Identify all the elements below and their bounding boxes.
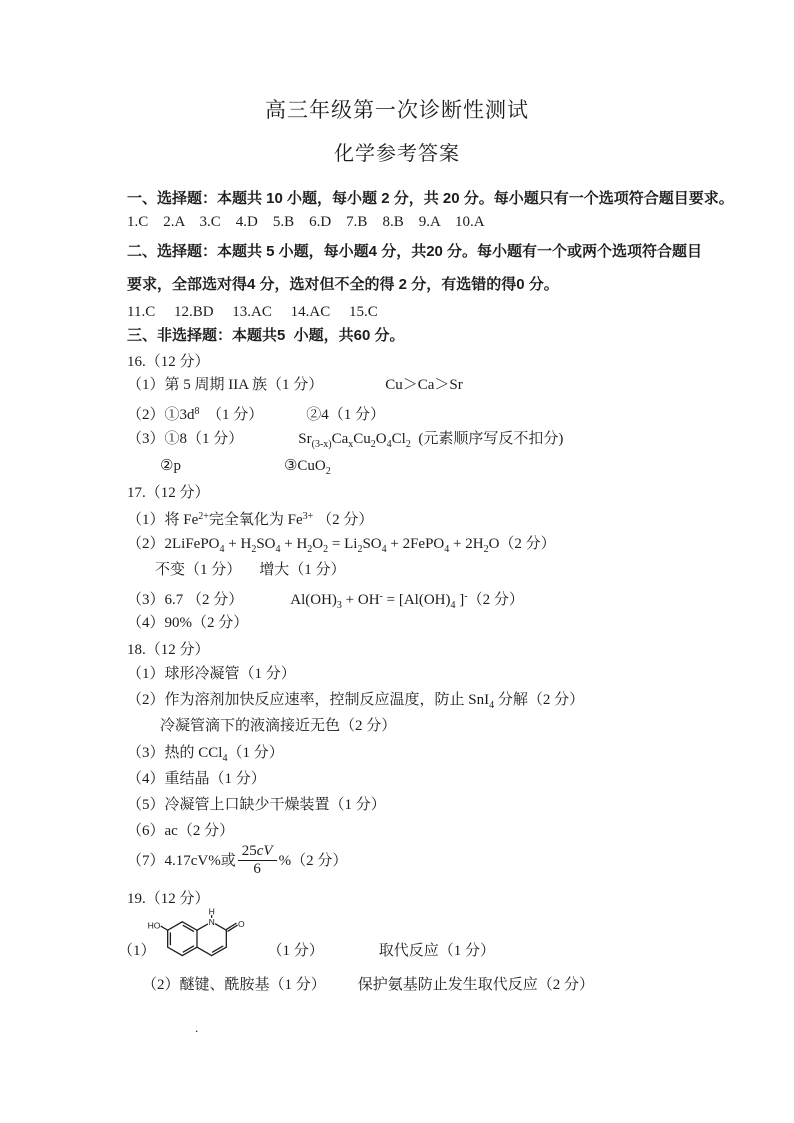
q16-number: 16.（12 分） [127, 352, 210, 372]
nitrogen-label: N [209, 917, 215, 927]
stray-dot: . [195, 1020, 198, 1036]
q17-ans-4-left: （3）6.7 （2 分） [127, 590, 243, 610]
q18-ans-7: （7）4.17cV%或25cV6%（2 分） [127, 843, 347, 879]
q17-ans-2-equation: （2）2LiFePO4 + H2SO4 + H2O2 = Li2SO4 + 2F… [127, 534, 556, 560]
q18-line7: （6）ac（2 分） [127, 821, 234, 841]
q18-line1: （1）球形冷凝管（1 分） [127, 664, 296, 684]
q16-ans-4-right: ③CuO2 [284, 456, 331, 482]
q18-line6: （5）冷凝管上口缺少干燥装置（1 分） [127, 795, 386, 815]
q19-ans-2-left: （2）醚键、酰胺基（1 分） [142, 975, 326, 995]
section2-heading-line1: 二、选择题：本题共 5 小题，每小题4 分，共20 分。每小题有一个或两个选项符… [127, 242, 702, 262]
oxygen-label: O [238, 919, 245, 929]
q16-line1: （1）第 5 周期 IIA 族（1 分）Cu＞Ca＞Sr [127, 375, 463, 395]
q17-line4: （3）6.7 （2 分）Al(OH)3 + OH- = [Al(OH)4 ]-（… [127, 587, 524, 616]
q17-line1: （1）将 Fe2+完全氧化为 Fe3+ （2 分） [127, 507, 373, 530]
q17-ans-4-right: Al(OH)3 + OH- = [Al(OH)4 ]-（2 分） [290, 587, 524, 616]
section1-heading: 一、选择题：本题共 10 小题，每小题 2 分，共 20 分。每小题只有一个选项… [127, 189, 734, 209]
section2-answers: 11.C 12.BD 13.AC 14.AC 15.C [127, 302, 378, 322]
q19-line2: （2）醚键、酰胺基（1 分）保护氨基防止发生取代反应（2 分） [142, 975, 594, 995]
q18-line2: （2）作为溶剂加快反应速率，控制反应温度，防止 SnI4 分解（2 分） [127, 690, 584, 716]
q16-ans-3-right: Sr(3-x)CaxCu2O4Cl2 (元素顺序写反不扣分) [298, 429, 563, 455]
q18-ans-4: （3）热的 CCl4（1 分） [127, 743, 284, 769]
q17-ans-1: （1）将 Fe2+完全氧化为 Fe3+ （2 分） [127, 507, 373, 530]
q19-ans-1-right: 取代反应（1 分） [379, 941, 495, 961]
hydroxyl-label: HO [148, 921, 161, 931]
q19-ans-2-right: 保护氨基防止发生取代反应（2 分） [358, 975, 594, 995]
q19-ans-1-num: （1） [118, 941, 156, 961]
q16-line2: （2）①3d8 （1 分）②4（1 分） [127, 402, 385, 425]
q16-ans-4-left: ②p [160, 456, 181, 476]
answer-sheet-page: 高三年级第一次诊断性测试 化学参考答案 一、选择题：本题共 10 小题，每小题 … [0, 0, 794, 1123]
q17-line2: （2）2LiFePO4 + H2SO4 + H2O2 = Li2SO4 + 2F… [127, 534, 556, 560]
q18-line8: （7）4.17cV%或25cV6%（2 分） [127, 843, 347, 879]
q18-number: 18.（12 分） [127, 640, 210, 660]
q18-line4: （3）热的 CCl4（1 分） [127, 743, 284, 769]
q19-ans-1-score: （1 分） [268, 941, 324, 961]
q17-number: 17.（12 分） [127, 483, 210, 503]
page-subtitle: 化学参考答案 [0, 144, 794, 164]
q17-line5: （4）90%（2 分） [127, 613, 248, 633]
section3-heading: 三、非选择题：本题共5 小题，共60 分。 [127, 326, 405, 346]
q16-line4: ②p③CuO2 [160, 456, 331, 482]
q16-ans-2-left: （2）①3d8 （1 分） [127, 402, 263, 425]
q16-ans-2-right: ②4（1 分） [306, 405, 385, 425]
q18-line5: （4）重结晶（1 分） [127, 769, 266, 789]
q17-ans-3-left: 不变（1 分） [155, 560, 241, 580]
q16-ans-1-right: Cu＞Ca＞Sr [385, 375, 463, 395]
q19-line1: （1）（1 分）取代反应（1 分） [118, 941, 495, 961]
q17-ans-3-right: 增大（1 分） [259, 560, 345, 580]
page-title: 高三年级第一次诊断性测试 [0, 100, 794, 120]
section2-heading-line2: 要求，全部选对得4 分，选对但不全的得 2 分，有选错的得0 分。 [127, 275, 559, 295]
section1-answers: 1.C 2.A 3.C 4.D 5.B 6.D 7.B 8.B 9.A 10.A [127, 212, 485, 232]
nh-hydrogen-label: H [209, 906, 215, 916]
q16-ans-3-left: （3）①8（1 分） [127, 429, 243, 449]
q17-line3: 不变（1 分）增大（1 分） [155, 560, 346, 580]
q18-line3: 冷凝管滴下的液滴接近无色（2 分） [160, 716, 396, 736]
q16-line3: （3）①8（1 分）Sr(3-x)CaxCu2O4Cl2 (元素顺序写反不扣分) [127, 429, 563, 455]
q16-ans-1-left: （1）第 5 周期 IIA 族（1 分） [127, 375, 323, 395]
q18-ans-2: （2）作为溶剂加快反应速率，控制反应温度，防止 SnI4 分解（2 分） [127, 690, 584, 716]
